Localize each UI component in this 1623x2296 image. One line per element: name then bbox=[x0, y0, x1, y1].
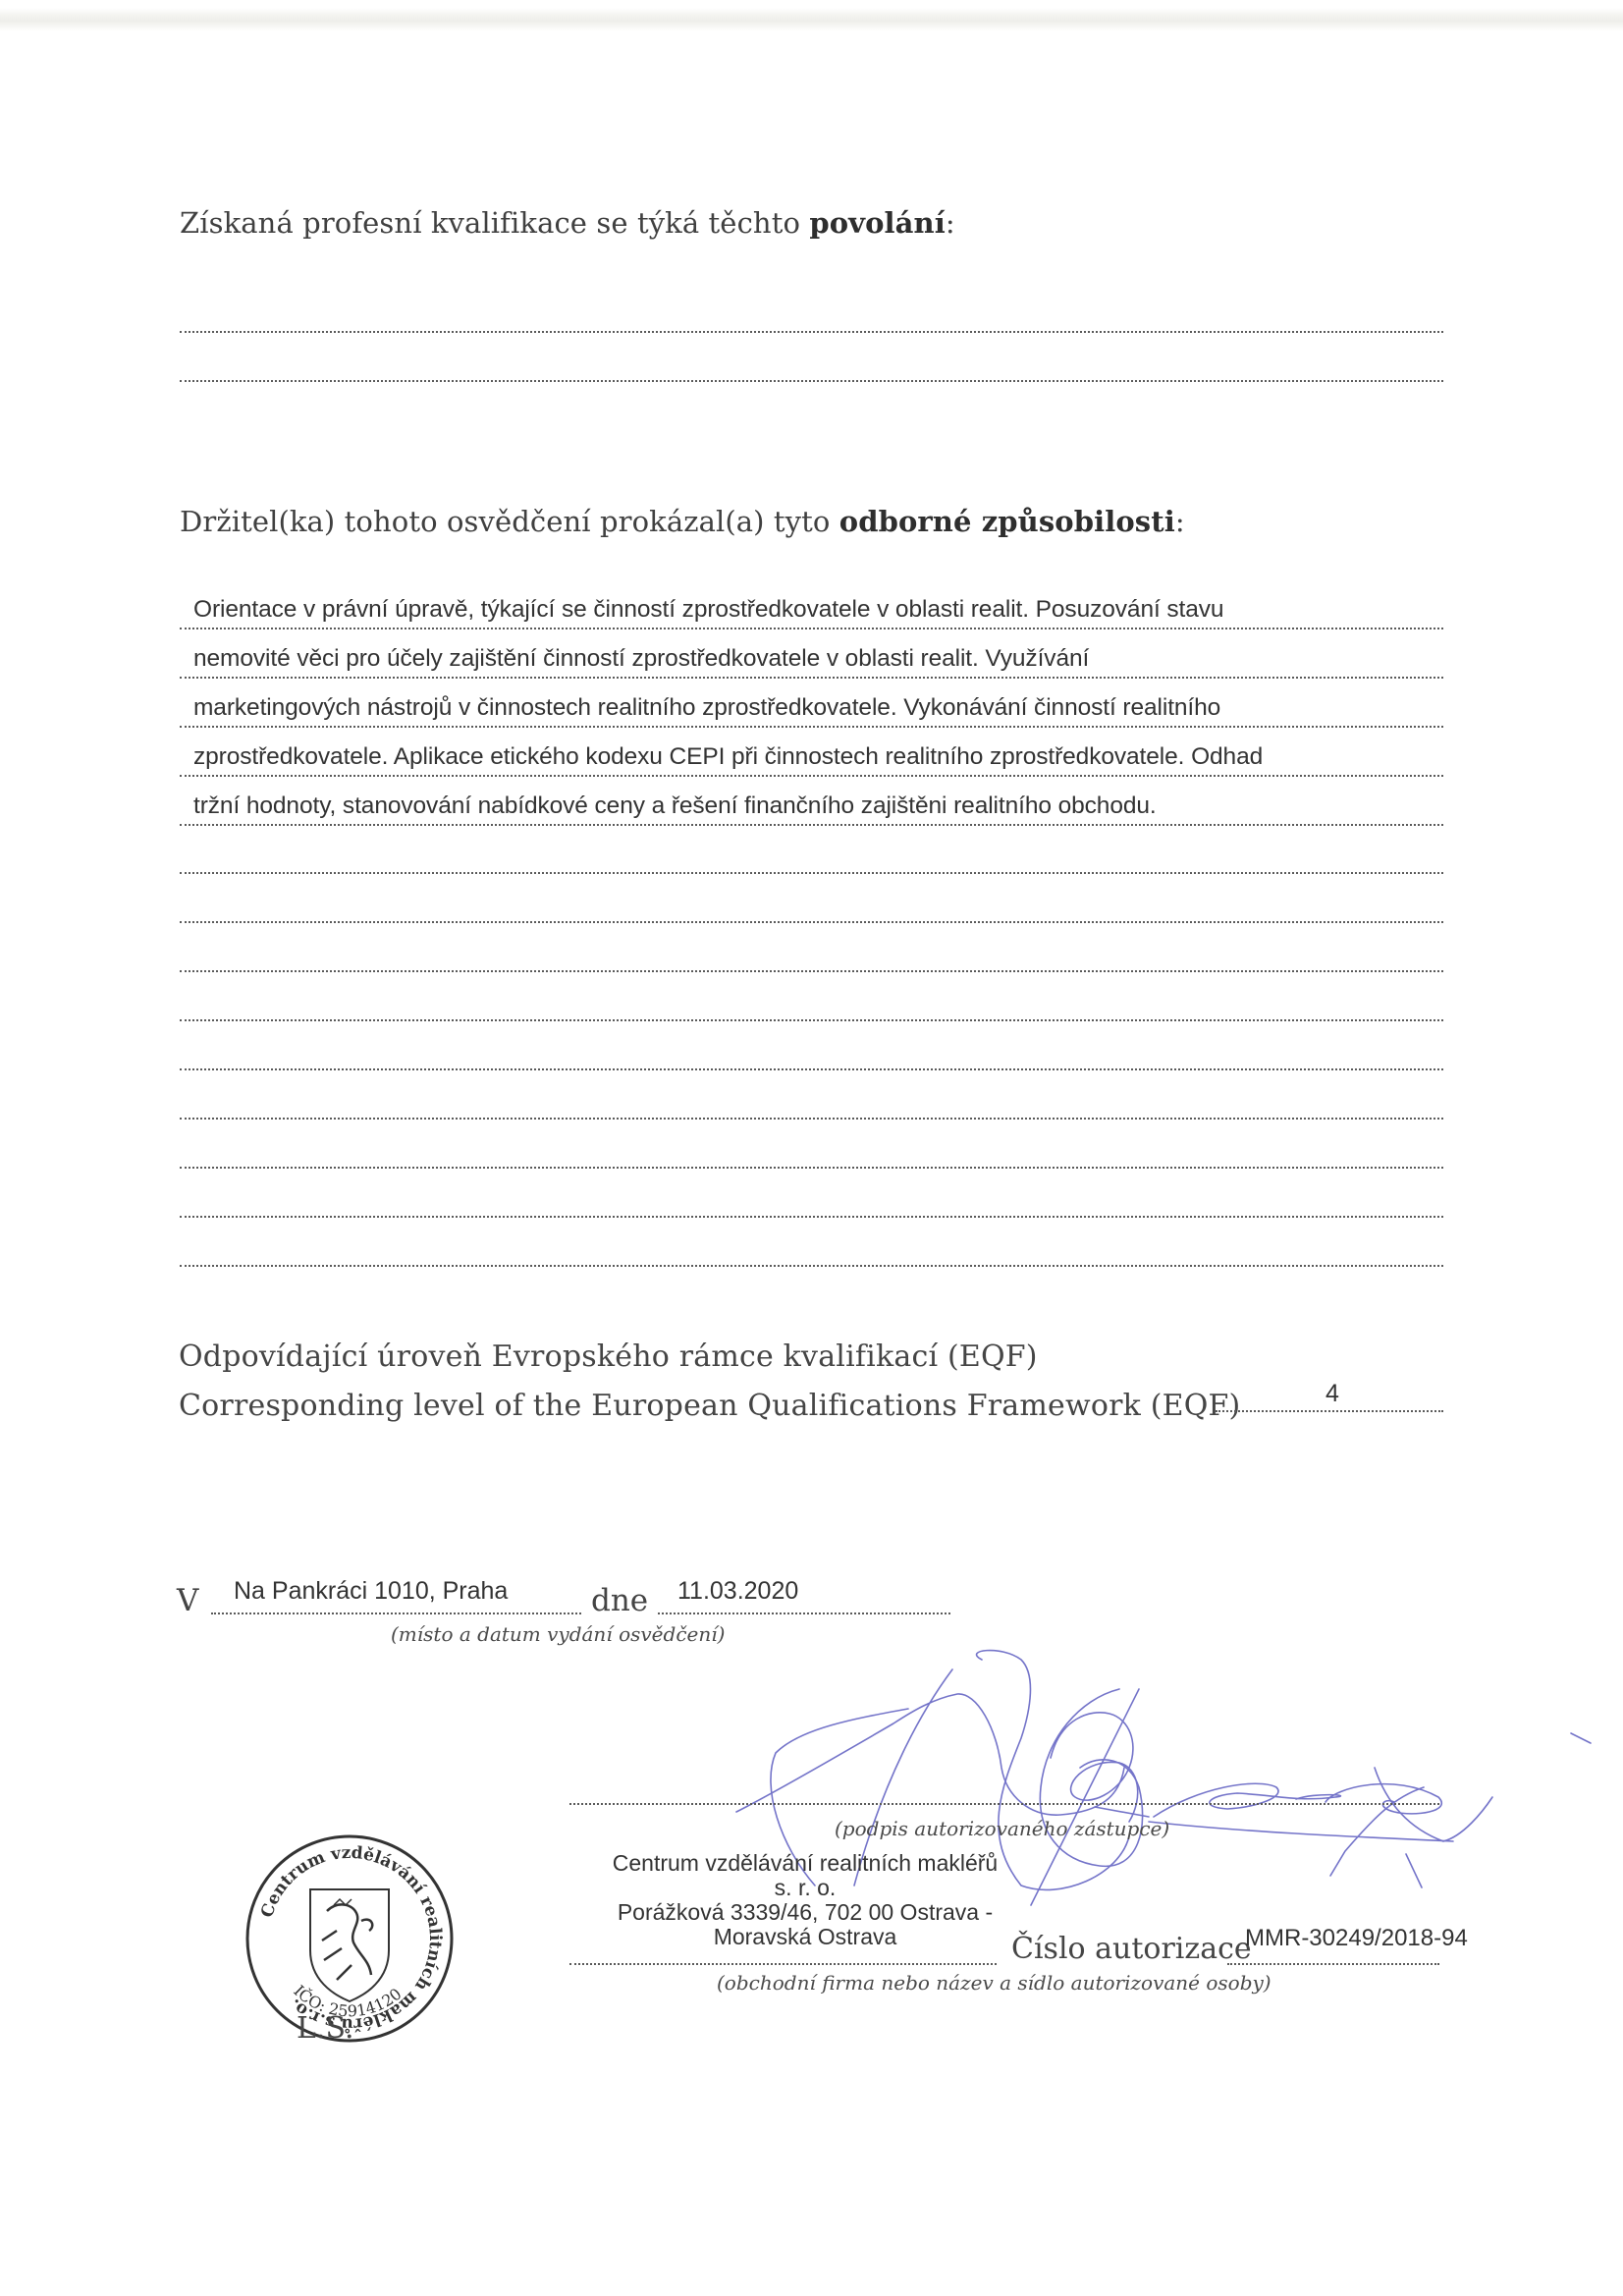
competency-text-line: nemovité věci pro účely zajištění činnos… bbox=[193, 645, 1089, 673]
scan-edge bbox=[0, 8, 1623, 31]
competency-text-line: marketingových nástrojů v činnostech rea… bbox=[193, 694, 1220, 722]
authorization-label: Číslo autorizace bbox=[1011, 1932, 1252, 1966]
competency-text-line: tržní hodnoty, stanovování nabídkové cen… bbox=[193, 793, 1157, 820]
company-line-3: Porážková 3339/46, 702 00 Ostrava - bbox=[579, 1900, 1031, 1925]
occupation-line-1 bbox=[180, 331, 1443, 333]
eqf-label-cz: Odpovídající úroveň Evropského rámce kva… bbox=[179, 1339, 1038, 1374]
competencies-heading-colon: : bbox=[1175, 505, 1185, 538]
stamp-ls-label: L.S. bbox=[297, 2011, 353, 2046]
eqf-level-value: 4 bbox=[1325, 1380, 1339, 1408]
occupations-heading-bold: povolání bbox=[809, 206, 946, 240]
competency-text-line: zprostředkovatele. Aplikace etického kod… bbox=[193, 743, 1263, 771]
competency-text-line: Orientace v právní úpravě, týkající se č… bbox=[193, 596, 1223, 624]
signature-line bbox=[569, 1803, 1439, 1805]
empty-dotted-line bbox=[180, 1216, 1443, 1218]
empty-dotted-line bbox=[180, 1068, 1443, 1070]
eqf-label-en: Corresponding level of the European Qual… bbox=[179, 1389, 1240, 1423]
competencies-heading: Držitel(ka) tohoto osvědčení prokázal(a)… bbox=[180, 505, 1185, 538]
company-line-2: s. r. o. bbox=[579, 1876, 1031, 1900]
place-value: Na Pankráci 1010, Praha bbox=[234, 1577, 508, 1606]
signature-caption: (podpis autorizovaného zástupce) bbox=[835, 1817, 1169, 1840]
date-prefix: dne bbox=[591, 1583, 648, 1618]
date-line bbox=[658, 1613, 950, 1614]
empty-dotted-line bbox=[180, 1019, 1443, 1021]
competency-dotted-line bbox=[180, 628, 1443, 629]
competencies-heading-text: Držitel(ka) tohoto osvědčení prokázal(a)… bbox=[180, 505, 839, 538]
place-line bbox=[211, 1613, 581, 1614]
competency-dotted-line bbox=[180, 726, 1443, 728]
company-caption: (obchodní firma nebo název a sídlo autor… bbox=[717, 1971, 1271, 1995]
competencies-heading-bold: odborné způsobilosti bbox=[839, 505, 1175, 538]
empty-dotted-line bbox=[180, 970, 1443, 972]
company-line bbox=[569, 1963, 997, 1965]
competency-dotted-line bbox=[180, 775, 1443, 777]
empty-dotted-line bbox=[180, 1167, 1443, 1169]
empty-dotted-line bbox=[180, 921, 1443, 923]
competency-dotted-line bbox=[180, 677, 1443, 679]
lion-shield-icon bbox=[310, 1889, 389, 2001]
company-line-1: Centrum vzdělávání realitních makléřů bbox=[579, 1851, 1031, 1876]
occupation-line-2 bbox=[180, 380, 1443, 382]
occupations-heading-colon: : bbox=[946, 206, 955, 240]
empty-dotted-line bbox=[180, 872, 1443, 874]
company-line-4: Moravská Ostrava bbox=[579, 1925, 1031, 1949]
date-value: 11.03.2020 bbox=[677, 1577, 798, 1606]
occupations-heading-text: Získaná profesní kvalifikace se týká těc… bbox=[180, 206, 809, 240]
authorization-number: MMR-30249/2018-94 bbox=[1245, 1925, 1468, 1952]
place-date-caption: (místo a datum vydání osvědčení) bbox=[391, 1622, 725, 1646]
eqf-level-line bbox=[1216, 1410, 1443, 1412]
occupations-heading: Získaná profesní kvalifikace se týká těc… bbox=[180, 206, 955, 240]
competency-dotted-line bbox=[180, 824, 1443, 826]
place-prefix: V bbox=[177, 1583, 198, 1618]
empty-dotted-line bbox=[180, 1265, 1443, 1267]
company-block: Centrum vzdělávání realitních makléřů s.… bbox=[579, 1851, 1031, 1949]
empty-dotted-line bbox=[180, 1118, 1443, 1120]
authorization-line bbox=[1227, 1963, 1439, 1965]
